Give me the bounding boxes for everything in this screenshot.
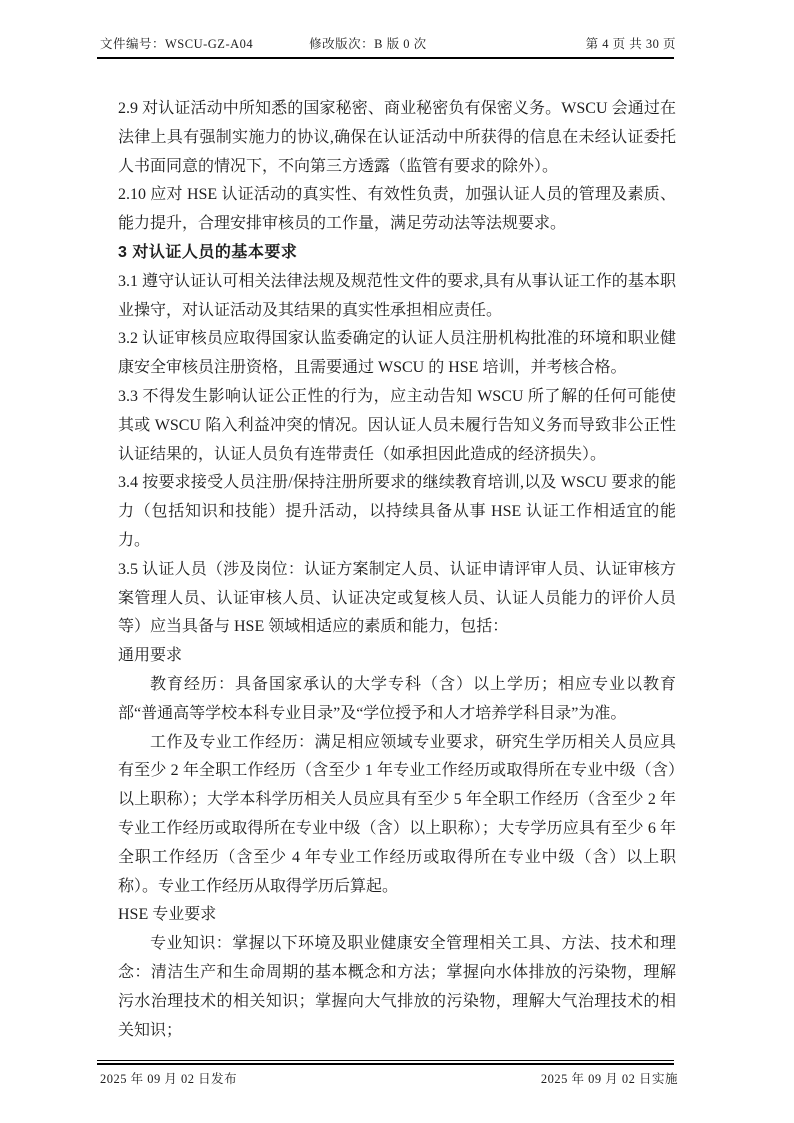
doc-number: 文件编号：WSCU-GZ-A04 (100, 34, 253, 52)
publish-date: 2025 年 09 月 02 日发布 (100, 1069, 237, 1087)
page-number-label: 第 4 页 共 30 页 (586, 34, 676, 52)
footer-divider (97, 1060, 674, 1065)
page-footer: 2025 年 09 月 02 日发布 2025 年 09 月 02 日实施 (100, 1069, 678, 1087)
paragraph: 2.9 对认证活动中所知悉的国家秘密、商业秘密负有保密义务。WSCU 会通过在法… (118, 95, 676, 181)
page-header: 文件编号：WSCU-GZ-A04 修改版次：B 版 0 次 第 4 页 共 30… (100, 34, 676, 52)
revision-label: 修改版次：B 版 0 次 (309, 34, 426, 52)
paragraph: 3.2 认证审核员应取得国家认监委确定的认证人员注册机构批准的环境和职业健康安全… (118, 325, 676, 383)
paragraph: 3.3 不得发生影响认证公正性的行为，应主动告知 WSCU 所了解的任何可能使其… (118, 383, 676, 469)
document-body: 2.9 对认证活动中所知悉的国家秘密、商业秘密负有保密义务。WSCU 会通过在法… (118, 95, 676, 1045)
paragraph: 通用要求 (118, 642, 676, 671)
document-page: 文件编号：WSCU-GZ-A04 修改版次：B 版 0 次 第 4 页 共 30… (0, 0, 794, 1123)
implement-date: 2025 年 09 月 02 日实施 (541, 1069, 678, 1087)
paragraph: 3.5 认证人员（涉及岗位：认证方案制定人员、认证申请评审人员、认证审核方案管理… (118, 556, 676, 642)
paragraph: 3.4 按要求接受人员注册/保持注册所要求的继续教育培训,以及 WSCU 要求的… (118, 469, 676, 555)
paragraph: 专业知识：掌握以下环境及职业健康安全管理相关工具、方法、技术和理念：清洁生产和生… (118, 930, 676, 1045)
paragraph: 教育经历：具备国家承认的大学专科（含）以上学历；相应专业以教育部“普通高等学校本… (118, 671, 676, 729)
section-heading: 3 对认证人员的基本要求 (118, 239, 676, 268)
paragraph: 工作及专业工作经历：满足相应领域专业要求，研究生学历相关人员应具有至少 2 年全… (118, 729, 676, 902)
paragraph: 2.10 应对 HSE 认证活动的真实性、有效性负责，加强认证人员的管理及素质、… (118, 181, 676, 239)
paragraph: 3.1 遵守认证认可相关法律法规及规范性文件的要求,具有从事认证工作的基本职业操… (118, 268, 676, 326)
paragraph: HSE 专业要求 (118, 901, 676, 930)
header-divider (97, 57, 674, 59)
